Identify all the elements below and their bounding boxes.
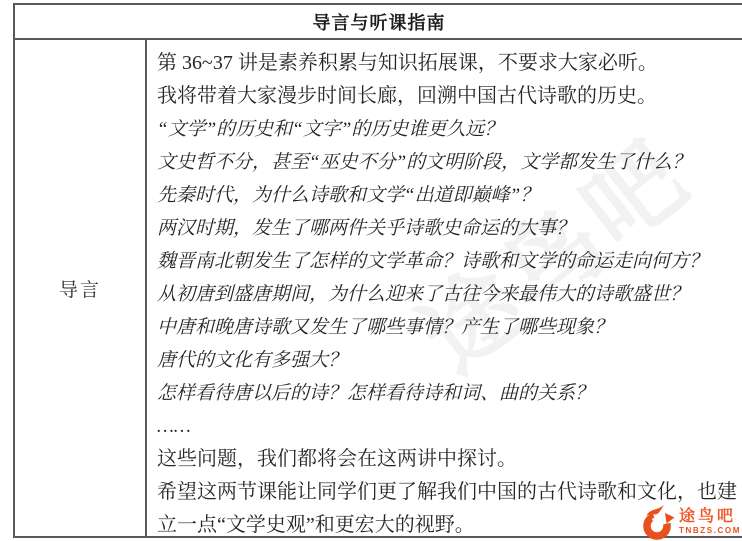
brand-domain-text: TNBZS.COM bbox=[679, 527, 741, 535]
content-line: “文学”的历史和“文字”的历史谁更久远？ bbox=[157, 113, 742, 146]
content-line: 这些问题，我们都将会在这两讲中探讨。 bbox=[157, 443, 742, 476]
content-line: 我将带着大家漫步时间长廊，回溯中国古代诗歌的历史。 bbox=[157, 80, 742, 113]
row-label: 导言 bbox=[59, 275, 101, 302]
content-line: …… bbox=[157, 410, 742, 443]
content-line: 魏晋南北朝发生了怎样的文学革命？诗歌和文学的命运走向何方？ bbox=[157, 245, 742, 278]
content-line: 中唐和晚唐诗歌又发生了哪些事情？产生了哪些现象？ bbox=[157, 311, 742, 344]
content-line: 从初唐到盛唐期间，为什么迎来了古往今来最伟大的诗歌盛世？ bbox=[157, 278, 742, 311]
table-header-row: 导言与听课指南 bbox=[15, 5, 742, 40]
document-page: 途鸟吧 导言与听课指南 导言 第 36~37 讲是素养积累与知识拓展课，不要求大… bbox=[0, 0, 742, 541]
brand-text-block: 途鸟吧 TNBZS.COM bbox=[679, 509, 741, 535]
content-line: 怎样看待唐以后的诗？怎样看待诗和词、曲的关系？ bbox=[157, 377, 742, 410]
content-line: 第 36~37 讲是素养积累与知识拓展课，不要求大家必听。 bbox=[157, 47, 742, 80]
content-line: 先秦时代，为什么诗歌和文学“出道即巅峰”？ bbox=[157, 179, 742, 212]
content-line: 唐代的文化有多强大？ bbox=[157, 344, 742, 377]
lecture-guide-table: 导言与听课指南 导言 第 36~37 讲是素养积累与知识拓展课，不要求大家必听。… bbox=[13, 3, 742, 538]
content-line: 文史哲不分，甚至“巫史不分”的文明阶段，文学都发生了什么？ bbox=[157, 146, 742, 179]
tnbzs-brand-watermark: 途鸟吧 TNBZS.COM bbox=[640, 504, 741, 540]
table-title: 导言与听课指南 bbox=[313, 9, 446, 35]
brand-name-text: 途鸟吧 bbox=[679, 509, 736, 525]
content-line: 两汉时期，发生了哪两件关乎诗歌史命运的大事？ bbox=[157, 212, 742, 245]
bird-logo-icon bbox=[640, 504, 676, 540]
content-cell: 第 36~37 讲是素养积累与知识拓展课，不要求大家必听。我将带着大家漫步时间长… bbox=[147, 40, 742, 536]
table-body-row: 导言 第 36~37 讲是素养积累与知识拓展课，不要求大家必听。我将带着大家漫步… bbox=[15, 40, 742, 536]
row-label-cell: 导言 bbox=[15, 40, 147, 536]
